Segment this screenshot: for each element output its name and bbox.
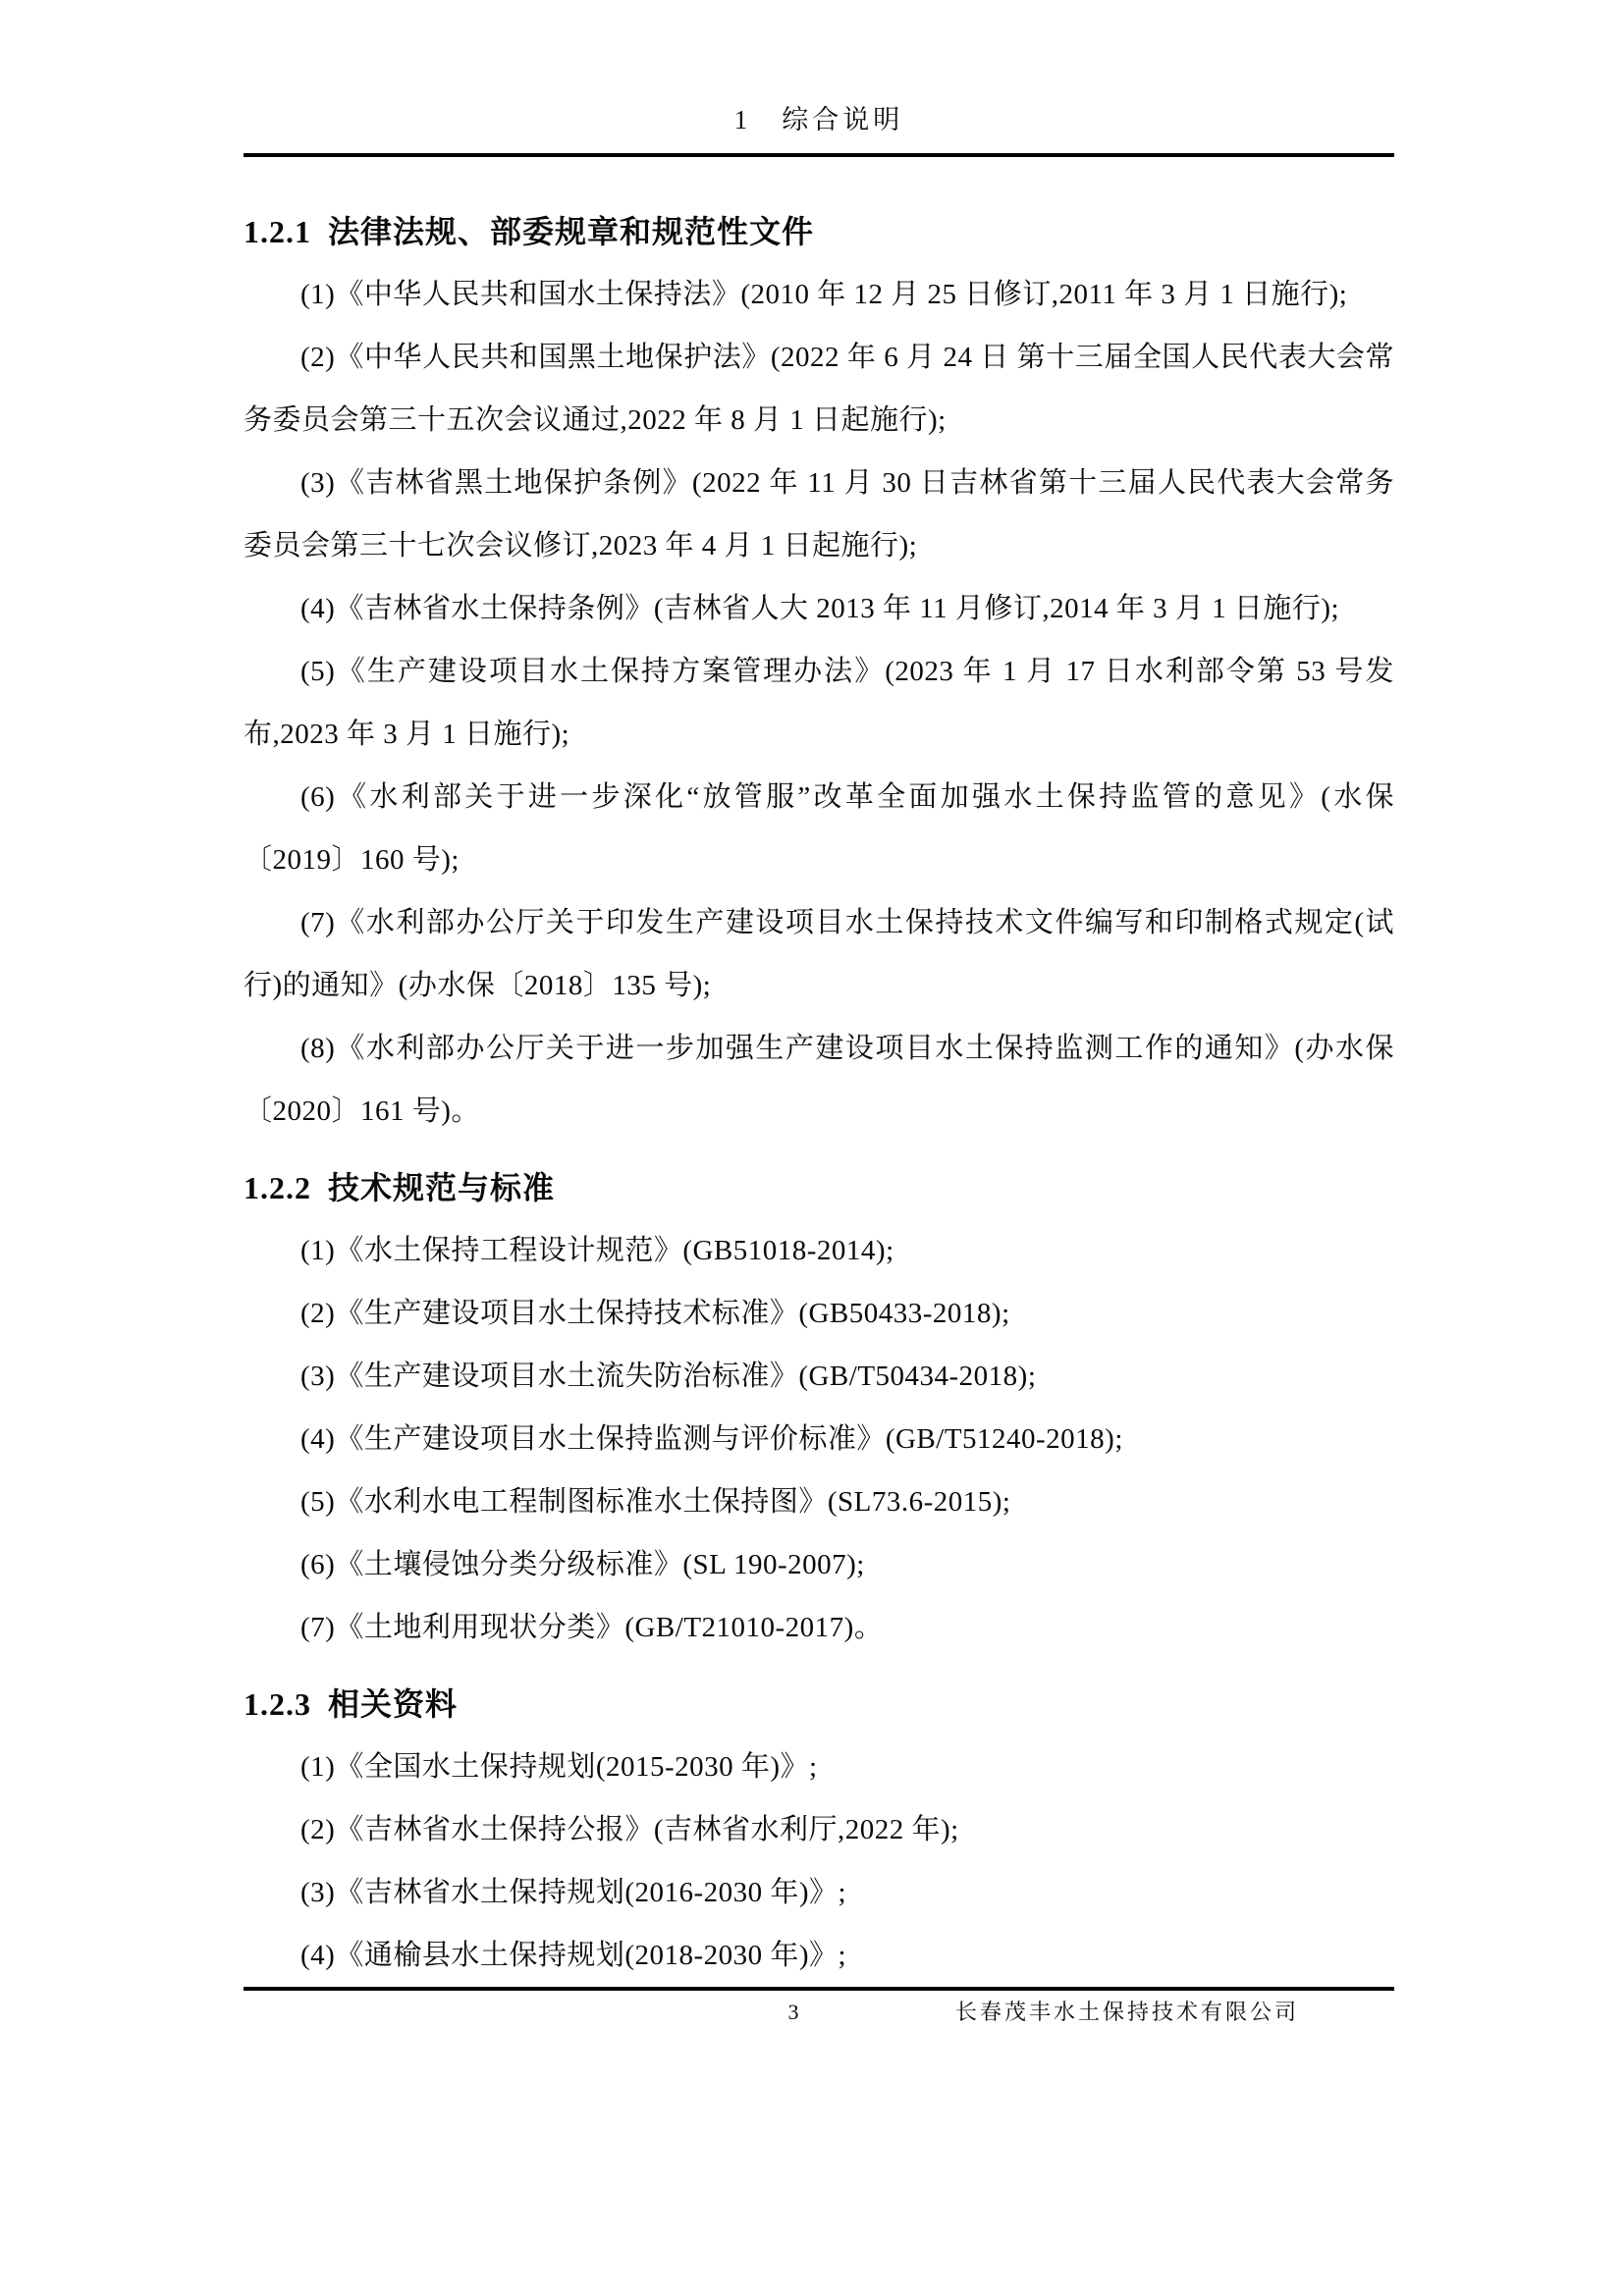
page-header-title: 1 综合说明 xyxy=(734,105,904,134)
page-footer: 3 长春茂丰水土保持技术有限公司 xyxy=(244,1997,1394,2028)
list-item: (6)《水利部关于进一步深化“放管服”改革全面加强水土保持监管的意见》(水保〔2… xyxy=(244,766,1394,891)
section-heading-1-2-3: 1.2.3 相关资料 xyxy=(244,1673,1394,1735)
list-item: (3)《吉林省水土保持规划(2016-2030 年)》; xyxy=(244,1861,1394,1924)
list-item: (4)《生产建设项目水土保持监测与评价标准》(GB/T51240-2018); xyxy=(244,1408,1394,1470)
list-item: (3)《生产建设项目水土流失防治标准》(GB/T50434-2018); xyxy=(244,1345,1394,1408)
list-item: (1)《水土保持工程设计规范》(GB51018-2014); xyxy=(244,1219,1394,1282)
list-item: (1)《中华人民共和国水土保持法》(2010 年 12 月 25 日修订,201… xyxy=(244,263,1394,326)
list-item: (7)《土地利用现状分类》(GB/T21010-2017)。 xyxy=(244,1596,1394,1659)
list-item: (1)《全国水土保持规划(2015-2030 年)》; xyxy=(244,1735,1394,1798)
page-number: 3 xyxy=(750,1997,837,2028)
list-item: (6)《土壤侵蚀分类分级标准》(SL 190-2007); xyxy=(244,1533,1394,1596)
list-item: (4)《通榆县水土保持规划(2018-2030 年)》; xyxy=(244,1924,1394,1987)
list-item: (3)《吉林省黑土地保护条例》(2022 年 11 月 30 日吉林省第十三届人… xyxy=(244,452,1394,577)
list-item: (7)《水利部办公厅关于印发生产建设项目水土保持技术文件编写和印制格式规定(试行… xyxy=(244,891,1394,1017)
page-content: 1 综合说明 1.2.1 法律法规、部委规章和规范性文件 (1)《中华人民共和国… xyxy=(244,0,1394,2028)
list-item: (4)《吉林省水土保持条例》(吉林省人大 2013 年 11 月修订,2014 … xyxy=(244,577,1394,640)
list-item: (5)《生产建设项目水土保持方案管理办法》(2023 年 1 月 17 日水利部… xyxy=(244,640,1394,766)
section-heading-1-2-1: 1.2.1 法律法规、部委规章和规范性文件 xyxy=(244,200,1394,263)
document-page: 1 综合说明 1.2.1 法律法规、部委规章和规范性文件 (1)《中华人民共和国… xyxy=(0,0,1624,2296)
list-item: (5)《水利水电工程制图标准水土保持图》(SL73.6-2015); xyxy=(244,1470,1394,1533)
company-name: 长春茂丰水土保持技术有限公司 xyxy=(955,1997,1299,2028)
page-header: 1 综合说明 xyxy=(244,0,1394,157)
list-item: (2)《吉林省水土保持公报》(吉林省水利厅,2022 年); xyxy=(244,1798,1394,1861)
section-heading-1-2-2: 1.2.2 技术规范与标准 xyxy=(244,1156,1394,1219)
list-item: (2)《中华人民共和国黑土地保护法》(2022 年 6 月 24 日 第十三届全… xyxy=(244,326,1394,452)
list-item: (2)《生产建设项目水土保持技术标准》(GB50433-2018); xyxy=(244,1282,1394,1345)
footer-divider xyxy=(244,1987,1394,1991)
list-item: (8)《水利部办公厅关于进一步加强生产建设项目水土保持监测工作的通知》(办水保〔… xyxy=(244,1017,1394,1143)
